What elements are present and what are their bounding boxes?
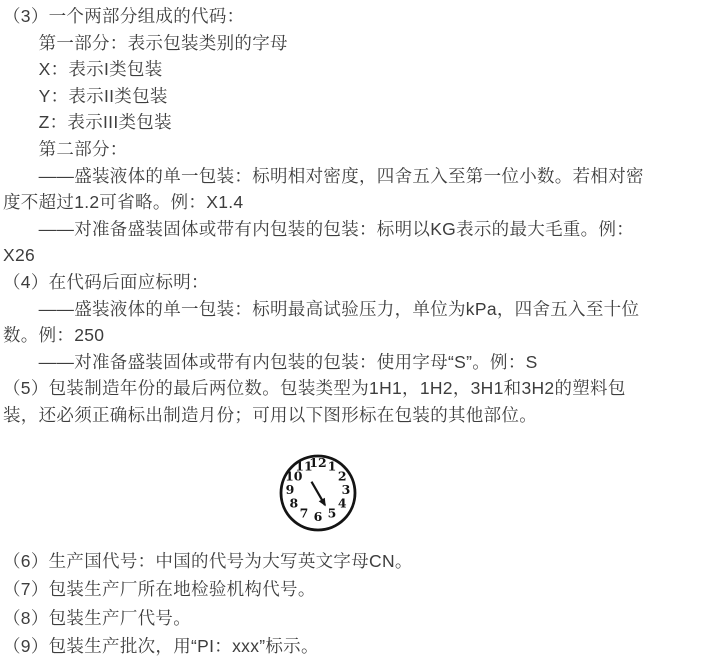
paragraphs-after-figure: （6）生产国代号：中国的代号为大写英文字母CN。 （7）包装生产厂所在地检验机构… <box>3 547 705 660</box>
document-page: （3）一个两部分组成的代码： 第一部分：表示包装类别的字母 X：表示I类包装 Y… <box>0 0 707 661</box>
clock-number-11: 11 <box>295 459 312 474</box>
text-line: X26 <box>3 242 705 269</box>
text-line: 数。例：250 <box>3 322 705 349</box>
text-line: （3）一个两部分组成的代码： <box>3 3 705 30</box>
clock-svg: 121234567891011 <box>277 452 359 534</box>
text-line: ——盛装液体的单一包装：标明最高试验压力，单位为kPa，四舍五入至十位 <box>3 296 705 323</box>
text-line: （4）在代码后面应标明： <box>3 269 705 296</box>
clock-number-6: 6 <box>314 509 323 524</box>
clock-number-1: 1 <box>328 459 337 474</box>
paragraphs-before-figure: （3）一个两部分组成的代码： 第一部分：表示包装类别的字母 X：表示I类包装 Y… <box>3 3 705 429</box>
text-line: 度不超过1.2可省略。例：X1.4 <box>3 189 705 216</box>
text-line: （8）包装生产厂代号。 <box>3 604 705 632</box>
text-line: （7）包装生产厂所在地检验机构代号。 <box>3 575 705 603</box>
text-line: （9）包装生产批次，用“PI：xxx”标示。 <box>3 632 705 660</box>
text-line: Z：表示III类包装 <box>3 109 705 136</box>
clock-number-9: 9 <box>286 482 295 497</box>
text-line: ——对准备盛装固体或带有内包装的包装：使用字母“S”。例：S <box>3 349 705 376</box>
text-line: X：表示I类包装 <box>3 56 705 83</box>
clock-number-8: 8 <box>289 496 298 511</box>
text-line: 装，还必须正确标出制造月份；可用以下图形标在包装的其他部位。 <box>3 402 705 429</box>
text-line: 第一部分：表示包装类别的字母 <box>3 30 705 57</box>
clock-number-5: 5 <box>328 505 337 520</box>
text-line: （5）包装制造年份的最后两位数。包装类型为1H1，1H2，3H1和3H2的塑料包 <box>3 375 705 402</box>
text-line: Y：表示II类包装 <box>3 83 705 110</box>
clock-number-7: 7 <box>300 505 309 520</box>
text-line: （6）生产国代号：中国的代号为大写英文字母CN。 <box>3 547 705 575</box>
text-line: ——对准备盛装固体或带有内包装的包装：标明以KG表示的最大毛重。例： <box>3 216 705 243</box>
clock-figure: 121234567891011 <box>277 452 359 534</box>
text-line: 第二部分： <box>3 136 705 163</box>
clock-number-4: 4 <box>338 496 347 511</box>
text-line: ——盛装液体的单一包装：标明相对密度，四舍五入至第一位小数。若相对密 <box>3 163 705 190</box>
